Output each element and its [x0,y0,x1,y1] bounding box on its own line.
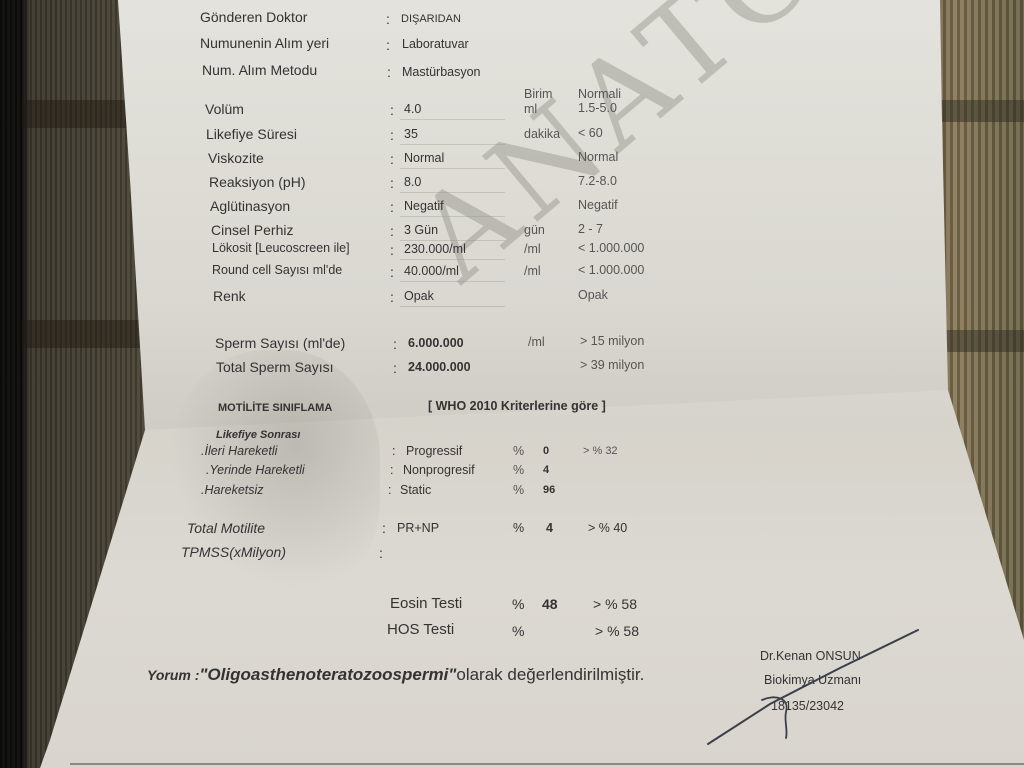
separator: : [382,520,386,536]
field-value-referring-doctor: DIŞARIDAN [401,13,461,25]
field-value-collection-method: Mastürbasyon [402,65,481,79]
separator: : [392,444,395,458]
separator: : [393,360,397,376]
result-label: Viskozite [208,150,264,166]
motility-row-pct-sign: % [513,463,524,477]
result-unit: gün [524,223,545,237]
separator: : [390,242,394,258]
result-label: Renk [213,288,246,304]
comment-line: Yorum :"Oligoasthenoteratozoospermi"olar… [147,665,644,685]
cell-border [400,216,505,217]
separator: : [379,545,383,561]
cell-border [400,119,505,120]
eosin-test-value: 48 [542,596,558,612]
result-label: Cinsel Perhiz [211,222,293,238]
result-normal: Negatif [578,198,618,212]
result-normal: Normal [578,150,618,164]
count-normal: > 39 milyon [580,358,644,372]
motility-row-type: Nonprogresif [403,463,475,477]
cell-border [400,259,505,260]
total-motility-type: PR+NP [397,521,439,535]
signatory-name: Dr.Kenan ONSUN [760,649,861,663]
eosin-test-normal: > % 58 [593,596,637,612]
motility-row-value: 96 [543,484,555,496]
result-value: Negatif [404,199,444,213]
separator: : [390,175,394,191]
cell-border [400,168,505,169]
separator: : [386,11,390,27]
signatory-id: 18135/23042 [771,699,844,713]
total-motility-value: 4 [546,521,553,535]
motility-row-label: .Hareketsiz [201,483,264,497]
result-normal: < 1.000.000 [578,241,644,255]
result-normal: Opak [578,288,608,302]
result-label: Reaksiyon (pH) [209,174,305,190]
count-normal: > 15 milyon [580,334,644,348]
separator: : [390,127,394,143]
result-value: 35 [404,127,418,141]
separator: : [390,151,394,167]
separator: : [390,289,394,305]
count-label: Sperm Sayısı (ml'de) [215,335,345,351]
lab-report: Gönderen Doktor : DIŞARIDAN Numunenin Al… [0,0,1024,768]
separator: : [393,336,397,352]
separator: : [388,483,391,497]
hos-test-normal: > % 58 [595,623,639,639]
result-unit: /ml [524,242,541,256]
separator: : [390,264,394,280]
motility-row-pct-sign: % [513,444,524,458]
result-unit: dakika [524,127,560,141]
hos-test-label: HOS Testi [387,621,454,638]
result-value: 3 Gün [404,223,438,237]
cell-border [400,144,505,145]
result-unit: /ml [524,264,541,278]
result-unit: ml [524,102,537,116]
count-unit: /ml [528,335,545,349]
comment-suffix: olarak değerlendirilmiştir. [456,665,644,684]
separator: : [390,199,394,215]
column-header-unit: Birim [524,87,552,101]
result-value: Opak [404,289,434,303]
motility-row-value: 0 [543,445,549,457]
signatory-title: Biokimya Uzmanı [764,673,861,687]
result-normal: 7.2-8.0 [578,174,617,188]
total-motility-pct-sign: % [513,521,524,535]
cell-border [400,192,505,193]
comment-prefix: Yorum : [147,667,199,683]
motility-title: MOTİLİTE SINIFLAMA [218,402,332,414]
column-header-normal: Normali [578,87,621,101]
result-value: 40.000/ml [404,264,459,278]
result-label: Volüm [205,101,244,117]
count-value: 6.000.000 [408,336,464,350]
total-motility-label: Total Motilite [187,520,265,536]
result-value: 8.0 [404,175,421,189]
result-normal: 1.5-5.0 [578,101,617,115]
result-label: Likefiye Süresi [206,126,297,142]
count-value: 24.000.000 [408,360,471,374]
total-motility-normal: > % 40 [588,521,627,535]
result-normal: 2 - 7 [578,222,603,236]
separator: : [390,102,394,118]
motility-row-label: .İleri Hareketli [201,444,277,458]
motility-row-value: 4 [543,464,549,476]
hos-test-pct-sign: % [512,623,524,639]
motility-subtitle: Likefiye Sonrası [216,429,300,441]
motility-row-label: .Yerinde Hareketli [206,463,305,477]
result-label: Round cell Sayısı ml'de [212,263,342,277]
result-label: Aglütinasyon [210,198,290,214]
motility-row-normal: > % 32 [583,445,618,457]
cell-border [400,240,505,241]
result-label: Lökosit [Leucoscreen ile] [212,241,350,255]
count-label: Total Sperm Sayısı [216,359,334,375]
separator: : [390,223,394,239]
eosin-test-pct-sign: % [512,596,524,612]
result-normal: < 1.000.000 [578,263,644,277]
separator: : [387,64,391,80]
cell-border [400,281,505,282]
field-label-sample-location: Numunenin Alım yeri [200,35,329,51]
eosin-test-label: Eosin Testi [390,595,462,612]
separator: : [386,37,390,53]
tpmss-label: TPMSS(xMilyon) [181,544,286,560]
result-value: Normal [404,151,444,165]
result-value: 4.0 [404,102,421,116]
comment-diagnosis: "Oligoasthenoteratozoospermi" [199,665,456,684]
field-label-referring-doctor: Gönderen Doktor [200,9,307,25]
cell-border [400,306,505,307]
separator: : [390,463,393,477]
result-normal: < 60 [578,126,603,140]
motility-row-pct-sign: % [513,483,524,497]
motility-row-type: Static [400,483,431,497]
motility-row-type: Progressif [406,444,462,458]
field-value-sample-location: Laboratuvar [402,37,469,51]
motility-criteria: [ WHO 2010 Kriterlerine göre ] [428,399,606,413]
field-label-collection-method: Num. Alım Metodu [202,62,317,78]
result-value: 230.000/ml [404,242,466,256]
